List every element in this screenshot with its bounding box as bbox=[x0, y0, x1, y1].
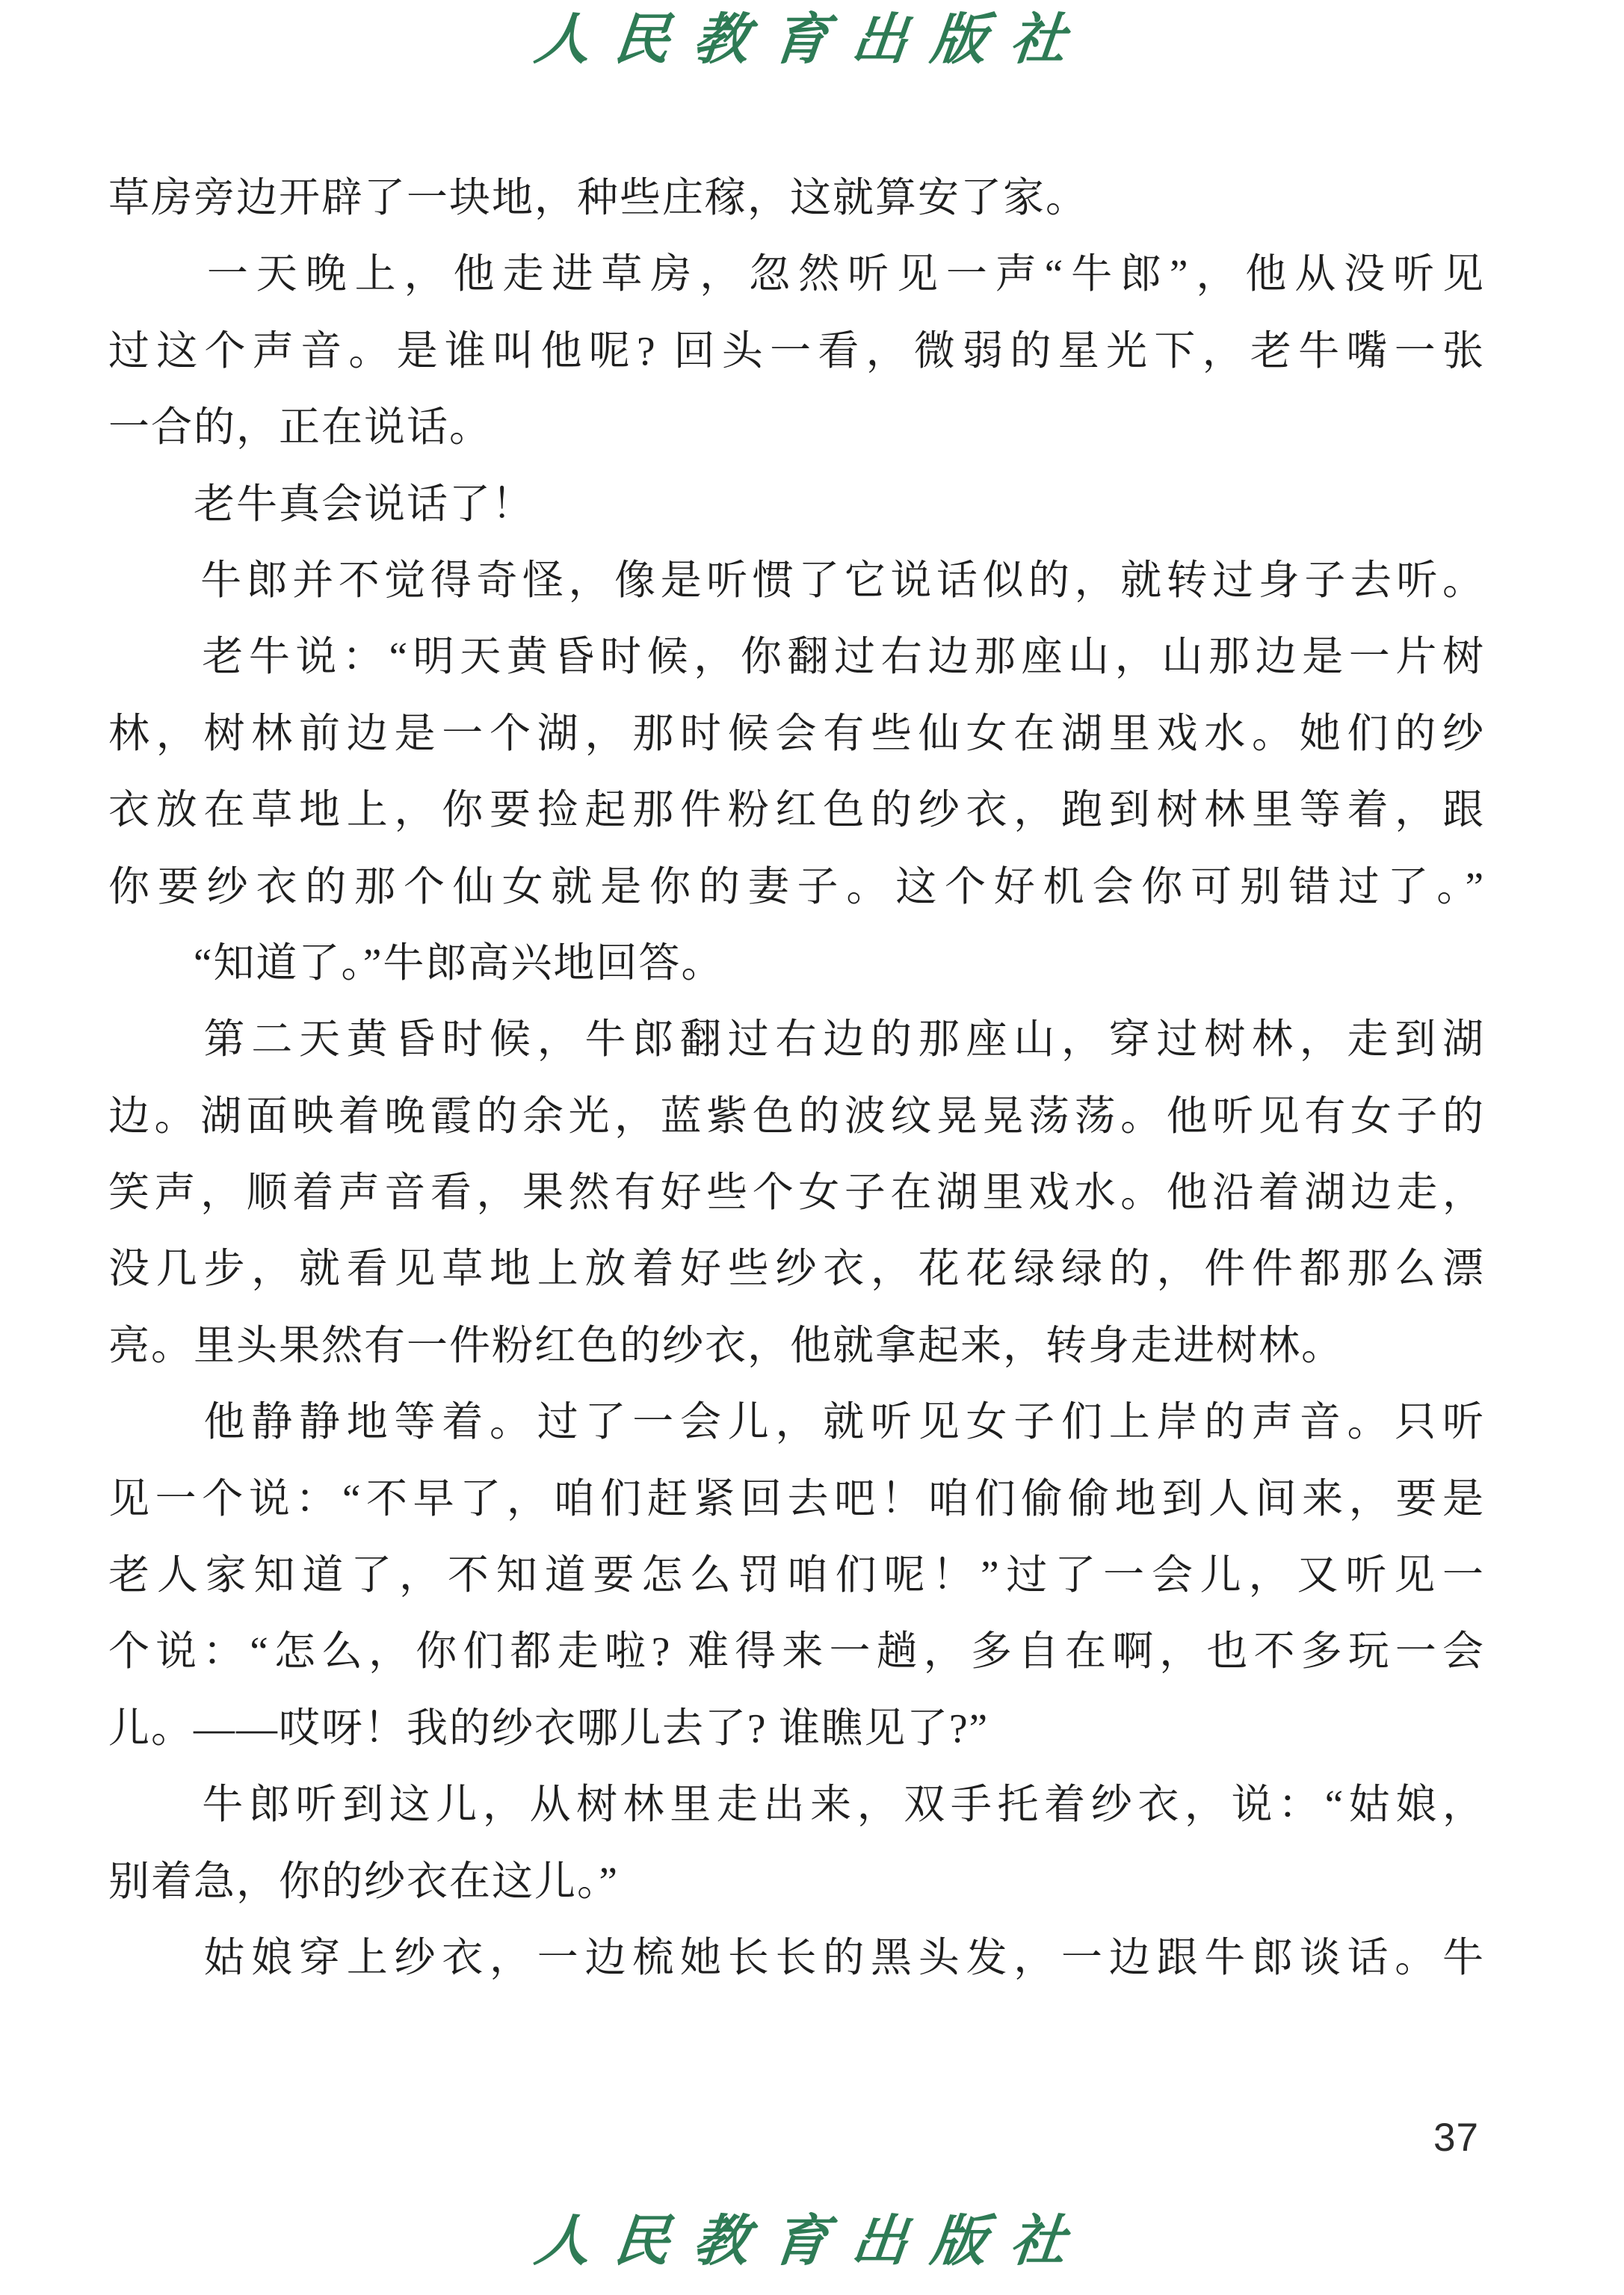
text-line: 见一个说：“不早了，咱们赶紧回去吧！咱们偷偷地到人间来，要是 bbox=[108, 1461, 1485, 1537]
text-line: 没几步，就看见草地上放着好些纱衣，花花绿绿的，件件都那么漂 bbox=[108, 1231, 1485, 1307]
publisher-logo-bottom: 人民教育出版社 bbox=[532, 2214, 1093, 2269]
story-text: 草房旁边开辟了一块地，种些庄稼，这就算安了家。 一天晚上，他走进草房，忽然听见一… bbox=[108, 160, 1485, 1996]
text-line: 你要纱衣的那个仙女就是你的妻子。这个好机会你可别错过了。” bbox=[108, 849, 1485, 925]
text-line: 别着急，你的纱衣在这儿。” bbox=[108, 1844, 1485, 1920]
text-line: “知道了。”牛郎高兴地回答。 bbox=[108, 925, 1485, 1001]
text-line: 边。湖面映着晚霞的余光，蓝紫色的波纹晃晃荡荡。他听见有女子的 bbox=[108, 1078, 1485, 1155]
text-line: 亮。里头果然有一件粉红色的纱衣，他就拿起来，转身走进树林。 bbox=[108, 1308, 1485, 1384]
text-line: 老牛真会说话了！ bbox=[108, 466, 1485, 543]
text-line: 一天晚上，他走进草房，忽然听见一声“牛郎”，他从没听见 bbox=[108, 236, 1485, 312]
text-line: 姑娘穿上纱衣，一边梳她长长的黑头发，一边跟牛郎谈话。牛 bbox=[108, 1920, 1485, 1996]
text-line: 牛郎听到这儿，从树林里走出来，双手托着纱衣，说：“姑娘， bbox=[108, 1767, 1485, 1843]
text-line: 儿。——哎呀！我的纱衣哪儿去了? 谁瞧见了?” bbox=[108, 1690, 1485, 1767]
text-line: 个说：“怎么，你们都走啦? 难得来一趟，多自在啊，也不多玩一会 bbox=[108, 1613, 1485, 1690]
text-line: 老牛说：“明天黄昏时候，你翻过右边那座山，山那边是一片树 bbox=[108, 619, 1485, 695]
text-line: 第二天黄昏时候，牛郎翻过右边的那座山，穿过树林，走到湖 bbox=[108, 1001, 1485, 1078]
text-line: 老人家知道了，不知道要怎么罚咱们呢！”过了一会儿，又听见一 bbox=[108, 1537, 1485, 1613]
text-line: 林，树林前边是一个湖，那时候会有些仙女在湖里戏水。她们的纱 bbox=[108, 696, 1485, 772]
text-line: 牛郎并不觉得奇怪，像是听惯了它说话似的，就转过身子去听。 bbox=[108, 543, 1485, 619]
text-line: 衣放在草地上，你要捡起那件粉红色的纱衣，跑到树林里等着，跟 bbox=[108, 772, 1485, 848]
text-line: 过这个声音。是谁叫他呢? 回头一看，微弱的星光下，老牛嘴一张 bbox=[108, 313, 1485, 389]
text-line: 一合的，正在说话。 bbox=[108, 389, 1485, 466]
text-line: 草房旁边开辟了一块地，种些庄稼，这就算安了家。 bbox=[108, 160, 1485, 236]
page-number: 37 bbox=[1433, 2115, 1479, 2160]
textbook-page: 人民教育出版社 草房旁边开辟了一块地，种些庄稼，这就算安了家。 一天晚上，他走进… bbox=[0, 0, 1624, 2295]
publisher-logo-top: 人民教育出版社 bbox=[532, 12, 1093, 67]
text-line: 他静静地等着。过了一会儿，就听见女子们上岸的声音。只听 bbox=[108, 1384, 1485, 1460]
text-line: 笑声，顺着声音看，果然有好些个女子在湖里戏水。他沿着湖边走， bbox=[108, 1155, 1485, 1231]
